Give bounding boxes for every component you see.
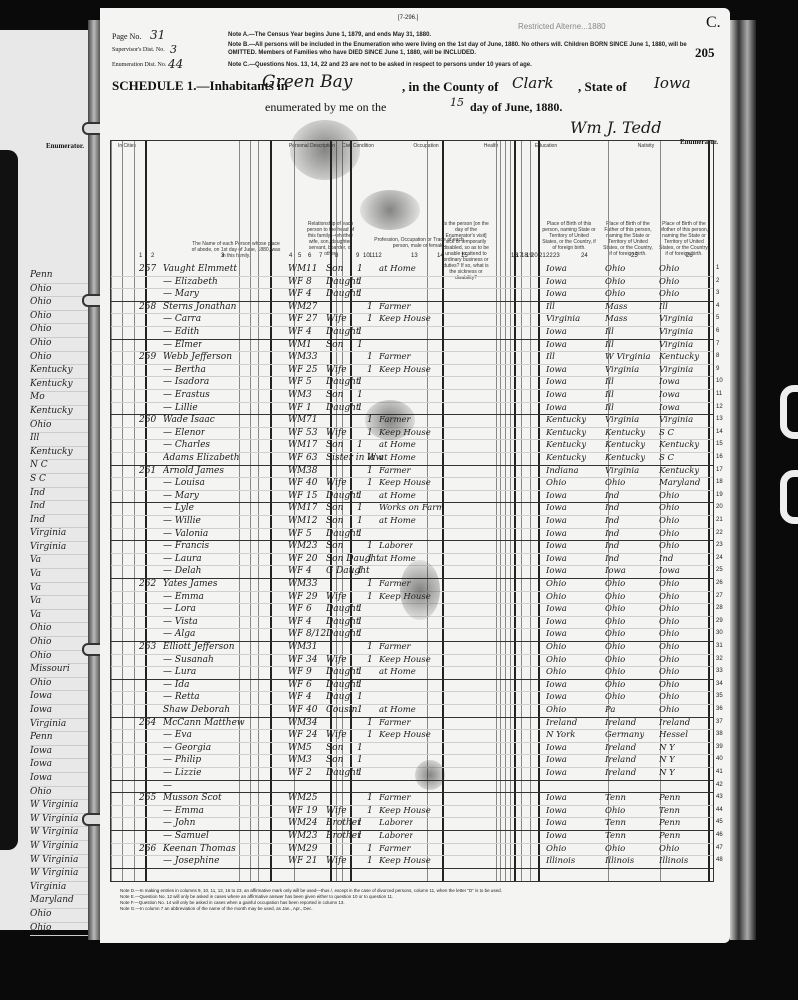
column-number: 23 <box>553 253 560 259</box>
single-mark: 1 <box>357 516 363 526</box>
relationship: Daught <box>326 768 360 778</box>
age: 1 <box>306 340 312 350</box>
age: 21 <box>306 856 317 866</box>
person-name: Webb Jefferson <box>163 352 232 362</box>
occupation: Laborer <box>379 541 413 551</box>
single-mark: 1 <box>357 743 363 753</box>
column-number: 6 <box>308 253 311 259</box>
sex-code: F <box>297 491 303 501</box>
occupation: at Home <box>379 453 416 463</box>
column-number: 7 <box>319 253 322 259</box>
dwelling-number: 261 <box>139 466 156 476</box>
single-mark: 1 <box>357 503 363 513</box>
single-mark: 1 <box>357 667 363 677</box>
person-name: — Lillie <box>163 403 198 413</box>
color-code: W <box>288 314 297 324</box>
line-number: 10 <box>716 378 723 384</box>
married-mark: 1 <box>367 844 373 854</box>
birthplace: Ohio <box>546 655 566 665</box>
line-number: 4 <box>716 303 719 309</box>
mother-birthplace: Kentucky <box>659 466 699 476</box>
birthplace: Kentucky <box>546 428 586 438</box>
person-name: — Susanah <box>163 655 214 665</box>
birthplace: Kentucky <box>546 415 586 425</box>
age: 4 <box>306 289 312 299</box>
relationship: Daught <box>326 680 360 690</box>
birthplace: Ill <box>546 352 555 362</box>
relationship: Wife <box>326 314 347 324</box>
birthplace: Ohio <box>546 478 566 488</box>
color-code: W <box>288 566 297 576</box>
birthplace: Iowa <box>546 289 567 299</box>
age: 25 <box>306 365 317 375</box>
occupation: at Home <box>379 667 416 677</box>
married-mark: 1 <box>367 655 373 665</box>
age: 19 <box>306 806 317 816</box>
color-code: W <box>288 503 297 513</box>
father-birthplace: Ireland <box>605 755 636 765</box>
dwelling-number: 257 <box>139 264 156 274</box>
color-code: W <box>288 768 297 778</box>
sex-code: F <box>297 730 303 740</box>
relationship: Daught <box>326 403 360 413</box>
column-number: 9 <box>356 253 359 259</box>
father-birthplace: Ohio <box>605 629 625 639</box>
single-mark: 1 <box>357 705 363 715</box>
table-row: — EdithWF4Daught1IowaIllVirginia <box>111 326 713 340</box>
page-no-label: Page No. <box>112 32 141 41</box>
single-mark: 1 <box>357 755 363 765</box>
sex-code: F <box>297 806 303 816</box>
dwelling-number: 262 <box>139 579 156 589</box>
color-code: W <box>288 680 297 690</box>
left-enumerator-label: Enumerator. <box>46 142 84 150</box>
mother-birthplace: Ohio <box>659 503 679 513</box>
sex-code: F <box>297 365 303 375</box>
sex-code: M <box>297 755 306 765</box>
line-number: 30 <box>716 630 723 636</box>
person-name: — Valonia <box>163 529 208 539</box>
line-number: 18 <box>716 479 723 485</box>
mother-birthplace: Ohio <box>659 617 679 627</box>
father-birthplace: Mass <box>605 302 628 312</box>
line-number: 13 <box>716 416 723 422</box>
father-birthplace: Ill <box>605 390 614 400</box>
relationship: Son <box>326 503 343 513</box>
line-number: 19 <box>716 492 723 498</box>
line-number: 33 <box>716 668 723 674</box>
age: 2 <box>306 768 312 778</box>
age: 5 <box>306 529 312 539</box>
person-name: — Isadora <box>163 377 209 387</box>
mother-birthplace: Virginia <box>659 314 693 324</box>
sex-code: F <box>297 453 303 463</box>
color-code: W <box>288 352 297 362</box>
sex-code: F <box>297 554 303 564</box>
color-code: W <box>288 390 297 400</box>
mother-birthplace: Ohio <box>659 516 679 526</box>
single-mark: 1 <box>357 692 363 702</box>
birthplace: Ohio <box>546 579 566 589</box>
birthplace: Iowa <box>546 680 567 690</box>
occupation: Keep House <box>379 365 431 375</box>
line-number: 17 <box>716 467 723 473</box>
census-table: In Cities Personal Description Civil Con… <box>110 140 714 882</box>
occupation: Laborer <box>379 818 413 828</box>
person-name: — Josephine <box>163 856 219 866</box>
person-name: — Vista <box>163 617 198 627</box>
person-name: Yates James <box>163 579 217 589</box>
occupation: at Home <box>379 491 416 501</box>
age: 31 <box>306 642 317 652</box>
single-mark: 1 <box>357 566 363 576</box>
table-row: — MaryWF15Daught1at HomeIowaIndOhio <box>111 490 713 504</box>
color-code: W <box>288 818 297 828</box>
ink-stain <box>415 760 445 790</box>
note-a: Note A.—The Census Year begins June 1, 1… <box>228 32 708 38</box>
father-birthplace: Ohio <box>605 642 625 652</box>
single-mark: 1 <box>357 529 363 539</box>
birthplace: Iowa <box>546 516 567 526</box>
line-number: 42 <box>716 782 723 788</box>
note-c: Note C.—Questions Nos. 13, 14, 22 and 23… <box>228 62 708 68</box>
sex-code: M <box>297 466 306 476</box>
color-code: W <box>288 844 297 854</box>
column-number: 25 <box>631 253 638 259</box>
table-row: — LyleWM17Son1Works on FarmIowaIndOhio <box>111 502 713 516</box>
age: 4 <box>306 617 312 627</box>
line-number: 29 <box>716 618 723 624</box>
person-name: — Lura <box>163 667 196 677</box>
father-birthplace: Ill <box>605 340 614 350</box>
father-birthplace: Kentucky <box>605 453 645 463</box>
person-name: Sterns Jonathan <box>163 302 236 312</box>
father-birthplace: Ohio <box>605 289 625 299</box>
occupation: Keep House <box>379 806 431 816</box>
sex-code: M <box>297 718 306 728</box>
sex-code: M <box>297 415 306 425</box>
age: 15 <box>306 491 317 501</box>
age: 71 <box>306 415 317 425</box>
age: 17 <box>306 503 317 513</box>
birthplace: Iowa <box>546 818 567 828</box>
table-row: — SusanahWF34Wife1Keep HouseOhioOhioOhio <box>111 654 713 668</box>
birthplace: Kentucky <box>546 440 586 450</box>
sex-code: M <box>297 541 306 551</box>
relationship: Daught <box>326 617 360 627</box>
father-birthplace: Ohio <box>605 806 625 816</box>
age: 33 <box>306 579 317 589</box>
age: 23 <box>306 831 317 841</box>
supervisor-label: Supervisor's Dist. No. <box>112 47 165 53</box>
birthplace: Iowa <box>546 503 567 513</box>
mother-birthplace: S C <box>659 428 674 438</box>
table-row: — BerthaWF25Wife1Keep HouseIowaVirginiaV… <box>111 364 713 378</box>
married-mark: 1 <box>367 554 373 564</box>
sex-code: M <box>297 302 306 312</box>
relationship: Daug <box>326 692 350 702</box>
single-mark: 1 <box>357 491 363 501</box>
color-code: W <box>288 793 297 803</box>
column-number: 15 <box>461 253 468 259</box>
birthplace: Kentucky <box>546 453 586 463</box>
enumeration-value: 44 <box>168 57 183 71</box>
sex-code: F <box>297 478 303 488</box>
age: 17 <box>306 440 317 450</box>
person-name: Keenan Thomas <box>163 844 236 854</box>
single-mark: 1 <box>357 289 363 299</box>
relationship: Son <box>326 390 343 400</box>
single-mark: 1 <box>357 831 363 841</box>
line-number: 47 <box>716 845 723 851</box>
mother-birthplace: Ohio <box>659 592 679 602</box>
birthplace: Iowa <box>546 604 567 614</box>
single-mark: 1 <box>357 390 363 400</box>
mother-birthplace: S C <box>659 453 674 463</box>
ink-stain <box>400 560 440 620</box>
mother-birthplace: Penn <box>659 818 680 828</box>
relationship: Son <box>326 340 343 350</box>
column-number: 5 <box>298 253 301 259</box>
age: 12 <box>306 516 317 526</box>
father-birthplace: Ohio <box>605 692 625 702</box>
married-mark: 1 <box>367 478 373 488</box>
relationship: Daught <box>326 277 360 287</box>
column-number: 12 <box>375 253 382 259</box>
table-row: — EmmaWF19Wife1Keep HouseIowaOhioTenn <box>111 805 713 819</box>
color-code: W <box>288 365 297 375</box>
age: 11 <box>306 264 317 274</box>
column-number: 22 <box>546 253 553 259</box>
sex-code: M <box>297 818 306 828</box>
line-number: 14 <box>716 429 723 435</box>
father-birthplace: Ill <box>605 377 614 387</box>
relationship: Daught <box>326 529 360 539</box>
header-education: Education <box>521 143 571 149</box>
color-code: W <box>288 755 297 765</box>
birthplace: Iowa <box>546 617 567 627</box>
color-code: W <box>288 264 297 274</box>
age: 40 <box>306 705 317 715</box>
sex-code: F <box>297 377 303 387</box>
column-number: 4 <box>289 253 292 259</box>
relationship: Wife <box>326 856 347 866</box>
birthplace: Iowa <box>546 377 567 387</box>
person-name: — Bertha <box>163 365 206 375</box>
sex-code: F <box>297 667 303 677</box>
table-row: — FrancisWM23Son1LaborerIowaIndOhio <box>111 540 713 554</box>
line-number: 20 <box>716 504 723 510</box>
table-row: 257Vaught ElmmettWM11Son1at HomeIowaOhio… <box>111 263 713 277</box>
table-row: — IdaWF6Daught1IowaOhioOhio <box>111 679 713 693</box>
father-birthplace: Ill <box>605 327 614 337</box>
mother-birthplace: Illinois <box>659 856 688 866</box>
film-mark <box>780 470 798 524</box>
color-code: W <box>288 466 297 476</box>
birthplace: Ohio <box>546 667 566 677</box>
relationship: Son <box>326 440 343 450</box>
birthplace: Iowa <box>546 692 567 702</box>
color-code: W <box>288 718 297 728</box>
mother-birthplace: Ohio <box>659 844 679 854</box>
person-name: — Mary <box>163 491 199 501</box>
header-name: The Name of each Person whose place of a… <box>191 241 281 259</box>
age: 27 <box>306 302 317 312</box>
sex-code: M <box>297 264 306 274</box>
color-code: W <box>288 655 297 665</box>
age: 53 <box>306 428 317 438</box>
mother-birthplace: Virginia <box>659 327 693 337</box>
person-name: — Willie <box>163 516 201 526</box>
line-number: 44 <box>716 807 723 813</box>
birthplace: Iowa <box>546 768 567 778</box>
birthplace: Iowa <box>546 327 567 337</box>
age: 4 <box>306 692 312 702</box>
father-birthplace: Germany <box>605 730 644 740</box>
relationship: Son <box>326 541 343 551</box>
mother-birthplace: Ohio <box>659 289 679 299</box>
table-row: — LizzieWF2Daught1IowaIrelandN Y <box>111 767 713 781</box>
birthplace: Ireland <box>546 718 577 728</box>
line-number: 45 <box>716 819 723 825</box>
color-code: W <box>288 440 297 450</box>
birthplace: Iowa <box>546 629 567 639</box>
father-birthplace: Ohio <box>605 277 625 287</box>
table-row: 261Arnold JamesWM381FarmerIndianaVirgini… <box>111 465 713 479</box>
relationship: Daught <box>326 327 360 337</box>
page-edge <box>730 20 756 940</box>
line-number: 37 <box>716 719 723 725</box>
occupation: Farmer <box>379 466 411 476</box>
table-row: — MaryWF4Daught1IowaOhioOhio <box>111 288 713 302</box>
sex-code: M <box>297 516 306 526</box>
sex-code: F <box>297 428 303 438</box>
mother-birthplace: Ohio <box>659 529 679 539</box>
table-row: — IsadoraWF5Daught1IowaIllIowa <box>111 376 713 390</box>
table-row: 258Sterns JonathanWM271FarmerIllMassIll <box>111 301 713 315</box>
table-row: — ElmerWM1Son1IowaIllVirginia <box>111 339 713 353</box>
father-birthplace: Ohio <box>605 592 625 602</box>
person-name: — Emma <box>163 592 204 602</box>
line-number: 34 <box>716 681 723 687</box>
person-name: Musson Scot <box>163 793 222 803</box>
mother-birthplace: Iowa <box>659 566 680 576</box>
footer-notes: Note D.—In making entries in columns 9, … <box>120 888 502 912</box>
note-b: Note B.—All persons will be included in … <box>228 41 698 57</box>
occupation: Laborer <box>379 831 413 841</box>
father-birthplace: Virginia <box>605 466 639 476</box>
person-name: — Laura <box>163 554 202 564</box>
single-mark: 1 <box>357 629 363 639</box>
mother-birthplace: Virginia <box>659 415 693 425</box>
birthplace: Ohio <box>546 844 566 854</box>
table-row: — PhilipWM3Son1IowaIrelandN Y <box>111 754 713 768</box>
occupation: Farmer <box>379 793 411 803</box>
color-code: W <box>288 604 297 614</box>
person-name: Shaw Deborah <box>163 705 230 715</box>
father-birthplace: Ohio <box>605 617 625 627</box>
line-number: 21 <box>716 517 723 523</box>
age: 63 <box>306 453 317 463</box>
relationship: Wife <box>326 428 347 438</box>
line-number: 40 <box>716 756 723 762</box>
dwelling-number: 260 <box>139 415 156 425</box>
father-birthplace: Virginia <box>605 365 639 375</box>
father-birthplace: Ireland <box>605 718 636 728</box>
column-number: 20 <box>531 253 538 259</box>
line-number: 31 <box>716 643 723 649</box>
sex-code: M <box>297 831 306 841</box>
mother-birthplace: Penn <box>659 793 680 803</box>
single-mark: 1 <box>357 377 363 387</box>
archive-stamp: Restricted Alterne...1880 <box>518 22 606 31</box>
birthplace: Iowa <box>546 793 567 803</box>
person-name: McCann Matthew <box>163 718 245 728</box>
birthplace: Iowa <box>546 554 567 564</box>
sex-code: M <box>297 844 306 854</box>
married-mark: 1 <box>367 642 373 652</box>
mother-birthplace: Iowa <box>659 390 680 400</box>
table-row: — GeorgiaWM5Son1IowaIrelandN Y <box>111 742 713 756</box>
age: 3 <box>306 755 312 765</box>
sex-code: F <box>297 314 303 324</box>
header-birth-person: Place of Birth of this person, naming St… <box>541 221 597 251</box>
age: 5 <box>306 743 312 753</box>
birthplace: Iowa <box>546 365 567 375</box>
relationship: G Daught <box>326 566 370 576</box>
ink-stain <box>360 190 420 230</box>
age: 33 <box>306 352 317 362</box>
color-code: W <box>288 730 297 740</box>
mother-birthplace: Ohio <box>659 541 679 551</box>
single-mark: 1 <box>357 617 363 627</box>
mother-birthplace: Maryland <box>659 478 700 488</box>
relationship: Wife <box>326 365 347 375</box>
corner-letter: C. <box>706 14 721 32</box>
birthplace: Iowa <box>546 541 567 551</box>
sex-code: F <box>297 289 303 299</box>
relationship: Wife <box>326 478 347 488</box>
relationship: Wife <box>326 655 347 665</box>
occupation: Keep House <box>379 478 431 488</box>
person-name: — Elmer <box>163 340 202 350</box>
person-name: — Louisa <box>163 478 205 488</box>
occupation: at Home <box>379 705 416 715</box>
age: 29 <box>306 592 317 602</box>
mother-birthplace: Iowa <box>659 403 680 413</box>
occupation: Farmer <box>379 642 411 652</box>
person-name: — Lora <box>163 604 196 614</box>
person-name: — Delah <box>163 566 201 576</box>
relationship: Wife <box>326 806 347 816</box>
age: 23 <box>306 541 317 551</box>
color-code: W <box>288 629 297 639</box>
person-name: Adams Elizabeth <box>163 453 240 463</box>
mother-birthplace: N Y <box>659 755 675 765</box>
relationship: Daught <box>326 377 360 387</box>
line-number: 11 <box>716 391 722 397</box>
single-mark: 1 <box>357 768 363 778</box>
dwelling-number: 259 <box>139 352 156 362</box>
married-mark: 1 <box>367 730 373 740</box>
mother-birthplace: Iowa <box>659 377 680 387</box>
enumerator-signature: Wm J. Tedd <box>570 118 661 137</box>
birthplace: Ohio <box>546 592 566 602</box>
person-name: — Lyle <box>163 503 194 513</box>
column-number: 1 <box>139 253 142 259</box>
father-birthplace: Kentucky <box>605 428 645 438</box>
birthplace: N York <box>546 730 575 740</box>
